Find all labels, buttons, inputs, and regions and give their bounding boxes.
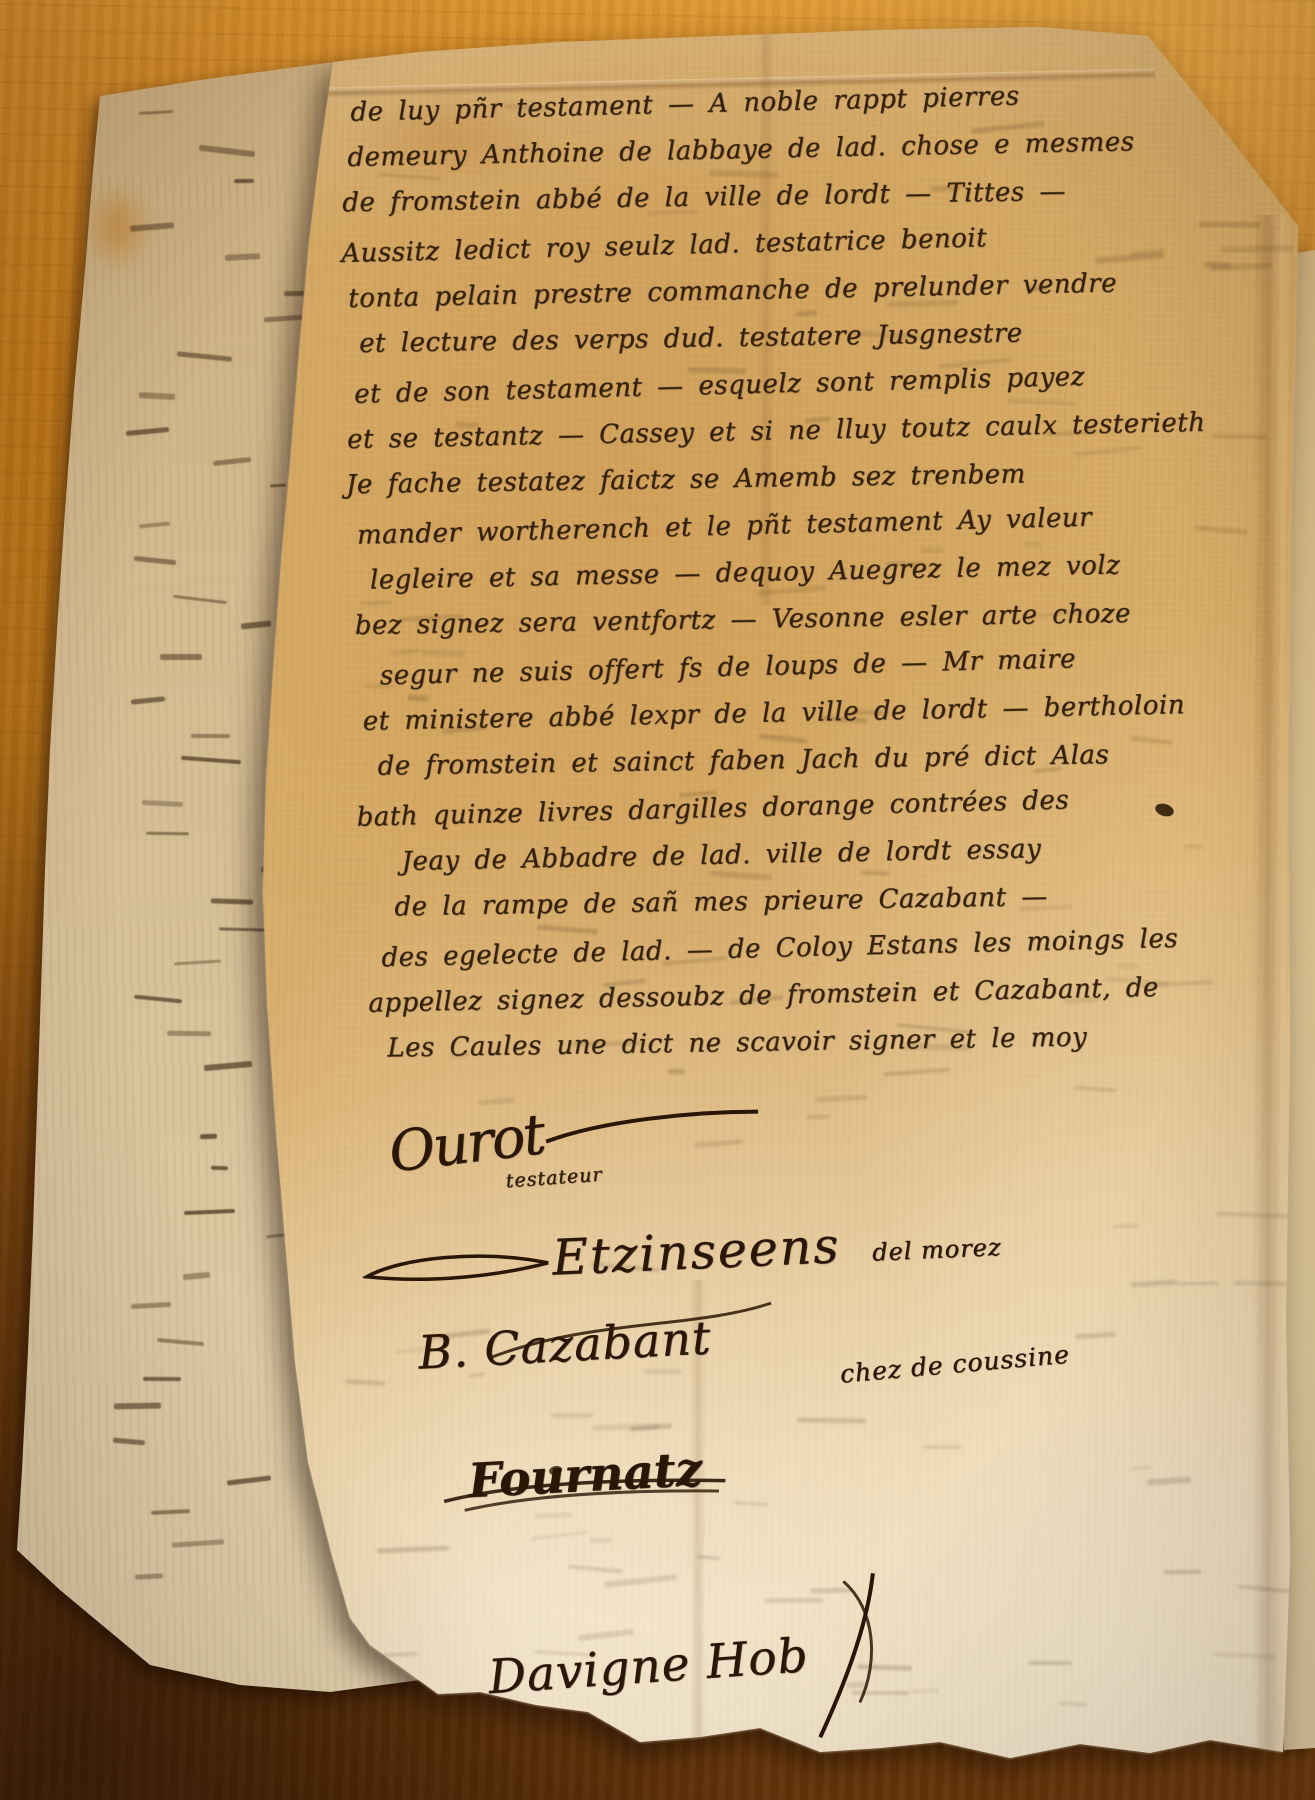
bleedthrough-mark bbox=[1214, 1652, 1276, 1660]
bleedthrough-mark bbox=[644, 1369, 682, 1374]
main-sheet-wrap: de luy pñr testament — A noble rappt pie… bbox=[0, 0, 1315, 1800]
signature-flourish-icon bbox=[362, 1244, 553, 1288]
bleedthrough-mark bbox=[345, 1379, 385, 1386]
bleedthrough-mark bbox=[911, 1688, 939, 1693]
bleedthrough-mark bbox=[886, 562, 925, 566]
bleedthrough-mark bbox=[688, 367, 746, 374]
bleedthrough-mark bbox=[1213, 434, 1266, 440]
bleedthrough-mark bbox=[590, 1538, 612, 1543]
margin-ink-arc bbox=[172, 92, 302, 1272]
bleedthrough-mark bbox=[1131, 1279, 1177, 1287]
bleedthrough-mark bbox=[377, 1545, 450, 1553]
bleedthrough-mark bbox=[1028, 1661, 1072, 1665]
signature-witness-1-note: del morez bbox=[872, 1233, 1003, 1267]
bleedthrough-mark bbox=[1164, 1569, 1201, 1573]
bleedthrough-mark bbox=[1074, 1085, 1116, 1093]
signature-witness-4: Davigne Hob bbox=[483, 1568, 905, 1766]
signature-descender-icon bbox=[803, 1568, 905, 1744]
bleedthrough-mark bbox=[568, 1565, 623, 1574]
signature-witness-4-name: Davigne Hob bbox=[486, 1628, 810, 1705]
signature-cross-stroke-icon bbox=[471, 1299, 784, 1371]
bleedthrough-mark bbox=[1112, 1224, 1138, 1229]
bleedthrough-mark bbox=[797, 1417, 867, 1422]
bleedthrough-mark bbox=[852, 710, 889, 715]
bleedthrough-mark bbox=[815, 1095, 867, 1102]
bleedthrough-mark bbox=[1059, 1701, 1088, 1706]
bleedthrough-mark bbox=[1147, 1477, 1192, 1486]
bleedthrough-mark bbox=[531, 1531, 587, 1540]
manuscript-text-block: de luy pñr testament — A noble rappt pie… bbox=[338, 71, 1218, 1075]
bleedthrough-mark bbox=[1132, 1465, 1153, 1471]
bleedthrough-mark bbox=[883, 1067, 951, 1076]
bleedthrough-mark bbox=[1075, 1331, 1117, 1338]
signature-testator: Ourot testateur bbox=[385, 1075, 765, 1185]
fold-crease-right bbox=[1252, 215, 1292, 1755]
bleedthrough-mark bbox=[1177, 1282, 1218, 1286]
bleedthrough-mark bbox=[1117, 963, 1139, 967]
bleedthrough-mark bbox=[551, 1413, 593, 1419]
photograph-of-manuscript: de luy pñr testament — A noble rappt pie… bbox=[0, 0, 1315, 1800]
bleedthrough-mark bbox=[1234, 1280, 1296, 1286]
bleedthrough-mark bbox=[806, 1114, 830, 1118]
bleedthrough-mark bbox=[572, 1040, 642, 1046]
bleedthrough-mark bbox=[456, 422, 479, 428]
signature-witness-2-note: chez de coussine bbox=[839, 1340, 1071, 1389]
signature-witness-1: Etzinseens del morez bbox=[361, 1210, 1002, 1295]
bleedthrough-mark bbox=[478, 1098, 513, 1105]
signature-witness-1-name: Etzinseens bbox=[551, 1217, 842, 1287]
bleedthrough-mark bbox=[1199, 222, 1260, 228]
bleedthrough-mark bbox=[903, 1043, 970, 1050]
bleedthrough-mark bbox=[371, 1651, 418, 1658]
bleedthrough-mark bbox=[668, 1069, 685, 1074]
bleedthrough-mark bbox=[344, 1699, 362, 1705]
bleedthrough-mark bbox=[922, 1445, 962, 1449]
bleedthrough-mark bbox=[921, 547, 943, 553]
signature-flourish-icon bbox=[542, 1099, 764, 1152]
signature-witness-3: Fournatz bbox=[467, 1442, 704, 1509]
manuscript-page: de luy pñr testament — A noble rappt pie… bbox=[0, 0, 1315, 1800]
